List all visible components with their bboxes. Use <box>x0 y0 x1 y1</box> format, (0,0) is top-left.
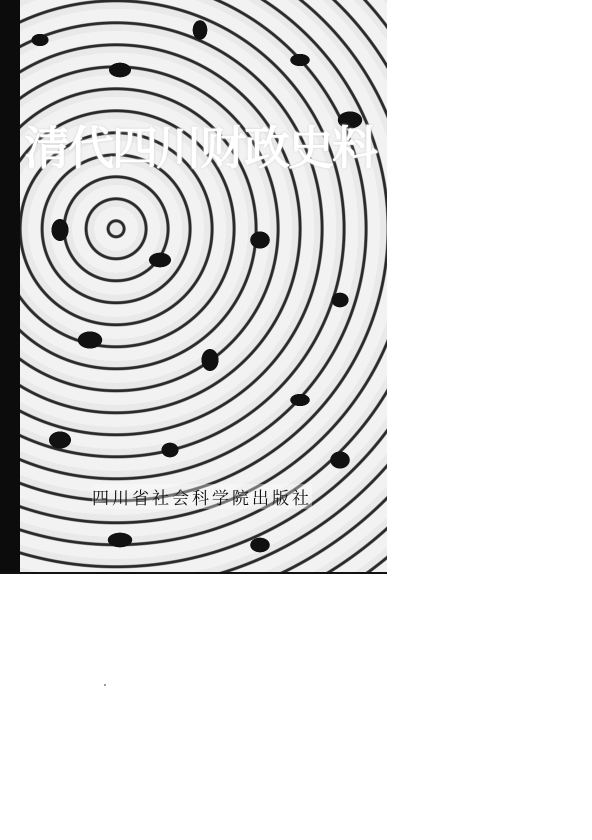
scan-speck <box>104 684 106 686</box>
book-spine <box>0 0 20 572</box>
book-cover: 清代四川财政史料 四川省社会科学院出版社 <box>0 0 387 574</box>
book-title: 清代四川财政史料 <box>24 112 376 178</box>
book-publisher: 四川省社会科学院出版社 <box>92 484 312 509</box>
